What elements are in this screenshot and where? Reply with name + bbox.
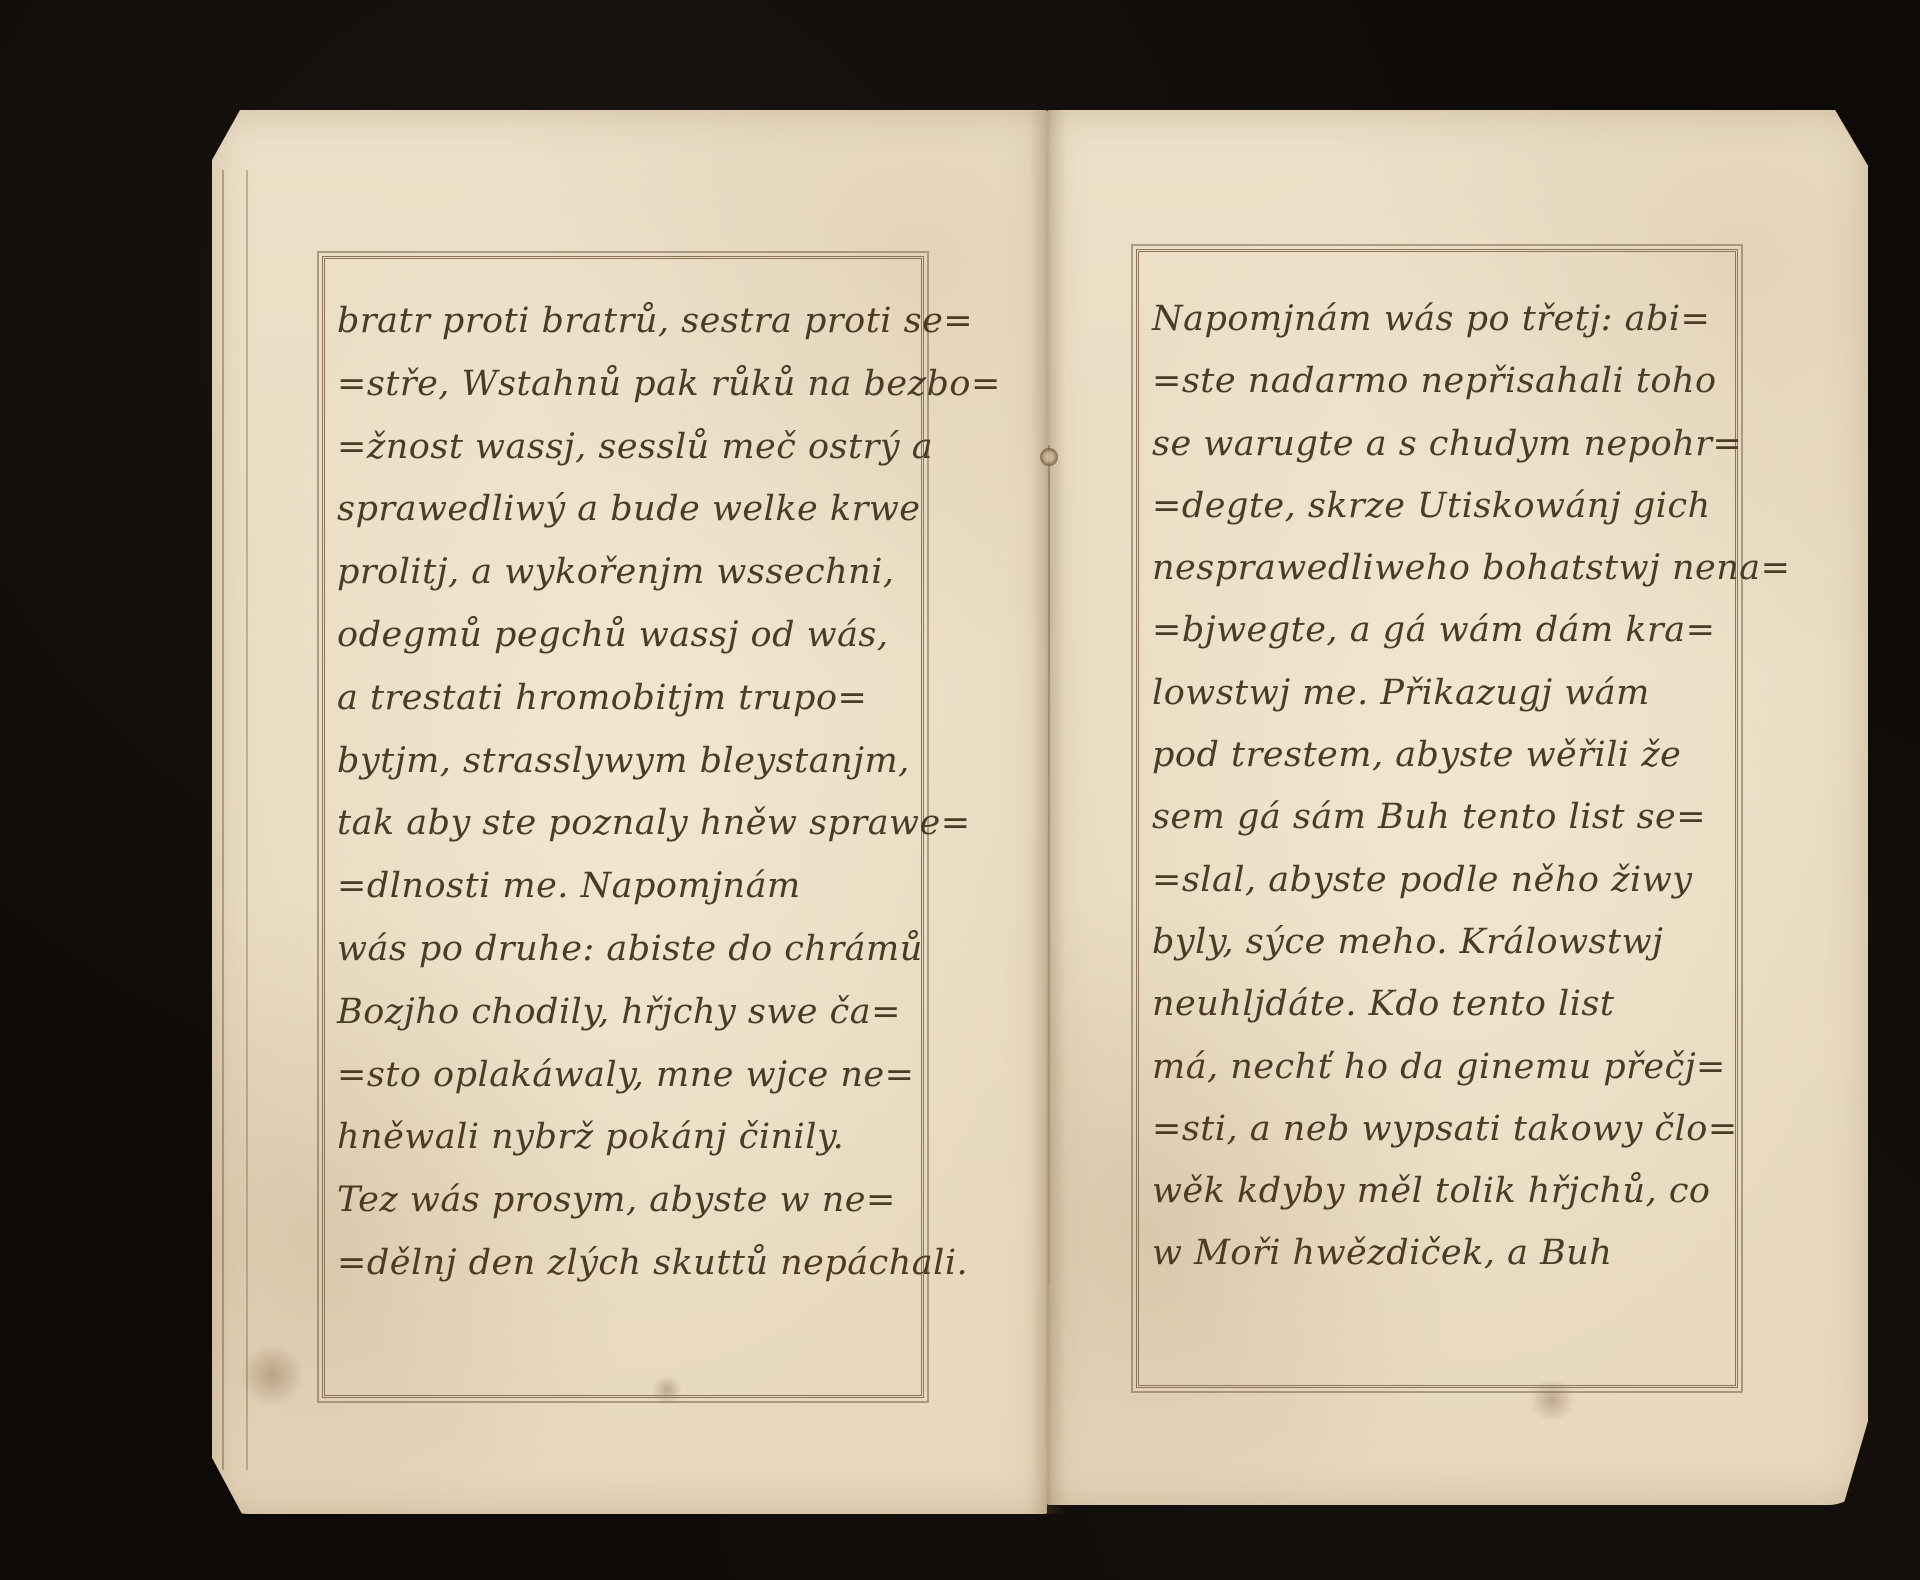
- text-line: =bjwegte, a gá wám dám kra=: [1152, 599, 1732, 661]
- text-line: bratr proti bratrů, sestra proti se=: [337, 290, 917, 353]
- stain: [242, 1340, 302, 1410]
- text-line: sem gá sám Buh tento list se=: [1152, 786, 1732, 848]
- text-line: sprawedliwý a bude welke krwe: [337, 478, 917, 541]
- text-line: tak aby ste poznaly hněw sprawe=: [337, 792, 917, 855]
- text-line: odegmů pegchů wassj od wás,: [337, 604, 917, 667]
- text-line: =stře, Wstahnů pak růků na bezbo=: [337, 353, 917, 416]
- text-line: =degte, skrze Utiskowánj gich: [1152, 475, 1732, 537]
- text-line: pod trestem, abyste wěřili že: [1152, 724, 1732, 786]
- text-line: =dělnj den zlých skuttů nepáchali.: [337, 1232, 917, 1295]
- text-line: byly, sýce meho. Králowstwj: [1152, 911, 1732, 973]
- text-line: lowstwj me. Přikazugj wám: [1152, 662, 1732, 724]
- text-line: wás po druhe: abiste do chrámů: [337, 918, 917, 981]
- left-page-text: bratr proti bratrů, sestra proti se= =st…: [337, 290, 917, 1295]
- open-book-spread: bratr proti bratrů, sestra proti se= =st…: [212, 110, 1868, 1514]
- text-line: hněwali nybrž pokánj činily.: [337, 1106, 917, 1169]
- text-line: Bozjho chodily, hřjchy swe ča=: [337, 981, 917, 1044]
- text-line: má, nechť ho da ginemu přečj=: [1152, 1036, 1732, 1098]
- text-line: =sti, a neb wypsati takowy člo=: [1152, 1098, 1732, 1160]
- right-page-text: Napomjnám wás po třetj: abi= =ste nadarm…: [1152, 288, 1732, 1285]
- text-line: =žnost wassj, sesslů meč ostrý a: [337, 416, 917, 479]
- text-line: Napomjnám wás po třetj: abi=: [1152, 288, 1732, 350]
- text-line: a trestati hromobitjm trupo=: [337, 667, 917, 730]
- binding-thread: [1048, 445, 1050, 1285]
- left-page: bratr proti bratrů, sestra proti se= =st…: [212, 110, 1047, 1514]
- text-line: neuhljdáte. Kdo tento list: [1152, 973, 1732, 1035]
- text-line: w Moři hwězdiček, a Buh: [1152, 1222, 1732, 1284]
- text-line: bytjm, strasslywym bleystanjm,: [337, 730, 917, 793]
- text-line: =slal, abyste podle něho žiwy: [1152, 849, 1732, 911]
- text-line: nesprawedliweho bohatstwj nena=: [1152, 537, 1732, 599]
- right-page: Napomjnám wás po třetj: abi= =ste nadarm…: [1047, 110, 1868, 1505]
- text-line: =dlnosti me. Napomjnám: [337, 855, 917, 918]
- text-line: prolitj, a wykořenjm wssechni,: [337, 541, 917, 604]
- page-edge-lines: [222, 170, 248, 1470]
- text-line: =ste nadarmo nepřisahali toho: [1152, 350, 1732, 412]
- text-line: Tez wás prosym, abyste w ne=: [337, 1169, 917, 1232]
- text-line: wěk kdyby měl tolik hřjchů, co: [1152, 1160, 1732, 1222]
- binding-hole: [1040, 448, 1058, 466]
- text-line: =sto oplakáwaly, mne wjce ne=: [337, 1044, 917, 1107]
- text-line: se warugte a s chudym nepohr=: [1152, 413, 1732, 475]
